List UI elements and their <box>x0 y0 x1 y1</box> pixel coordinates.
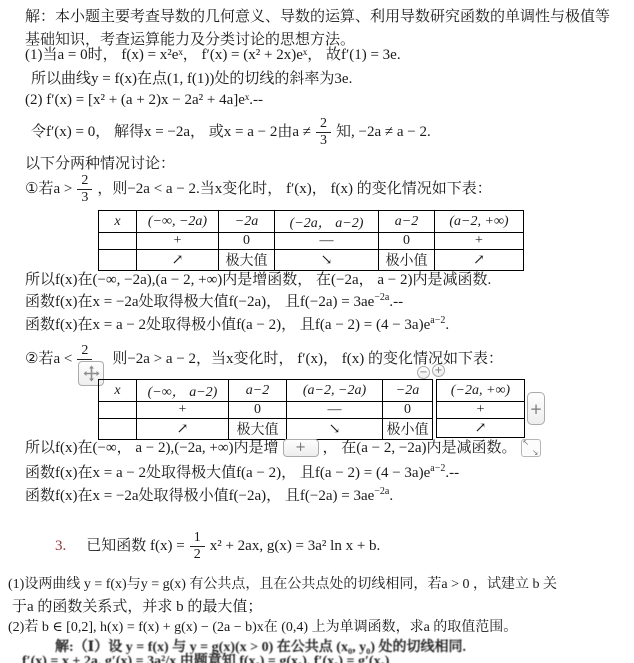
table-cell: ↗ <box>137 419 229 440</box>
case1-min-line: 函数f(x)在x = a − 2处取得极小值f(a − 2)， 且f(a − 2… <box>25 316 449 335</box>
stem-pre: 已知函数 f(x) = <box>86 537 184 556</box>
exponent: a−2 <box>430 315 445 326</box>
case1-conclusion-line: 所以f(x)在(−∞, −2a),(a − 2, +∞)内是增函数， 在(−2a… <box>25 271 491 290</box>
problem3-solution-line2: f′(x) = x + 2a, g′(x) = 3a²/x 由题意知 f(x₀)… <box>22 653 389 663</box>
table-cell: (a−2, +∞) <box>435 211 524 233</box>
table-cell <box>99 419 137 440</box>
plus-icon: + <box>434 365 442 376</box>
case2-pre: ②若a < <box>25 350 72 369</box>
case1-post: ，则−2a < a − 2.当x变化时， f′(x)， f(x) 的变化情况如下… <box>97 180 491 199</box>
problem3-stem-line: 3. 已知函数 f(x) = 1 2 x² + 2ax, g(x) = 3a² … <box>55 526 380 566</box>
max-text: 函数f(x)在x = a − 2处取得极大值f(a − 2)， 且f(a − 2… <box>25 465 430 481</box>
table-cell: −2a <box>383 380 433 402</box>
document-page: 解：本小题主要考查导数的几何意义、导数的运算、利用导数研究函数的单调性与极值等基… <box>0 0 634 663</box>
table-cell: a−2 <box>229 380 287 402</box>
table-cell: (−∞, −2a) <box>137 211 219 233</box>
tangent-slope-line: 所以曲线y = f(x)在点(1, f(1))处的切线的斜率为3e. <box>31 70 352 89</box>
max-tail: .-- <box>445 465 459 481</box>
table-cell: 0 <box>383 402 433 419</box>
table-cell: ↘ <box>287 419 383 440</box>
table-cell: + <box>137 402 229 419</box>
move-icon <box>83 365 100 382</box>
table-cell: — <box>275 233 379 250</box>
table-cell: + <box>137 233 219 250</box>
fraction-one-half: 1 2 <box>190 530 205 562</box>
fraction-two-thirds: 2 3 <box>316 116 331 148</box>
case1-line: ①若a > 2 3 ，则−2a < a − 2.当x变化时， f′(x)， f(… <box>25 168 492 210</box>
zoom-in-button[interactable]: + <box>432 364 445 377</box>
problem3-q1-line2: 于a 的函数关系式，并求 b 的最大值； <box>12 598 262 617</box>
case2-max-line: 函数f(x)在x = a − 2处取得极大值f(a − 2)， 且f(a − 2… <box>25 464 459 483</box>
max-tail: .-- <box>389 294 403 310</box>
table-cell: 极大值 <box>229 419 287 440</box>
table-cell: 极大值 <box>219 250 275 271</box>
table-cell <box>99 250 137 271</box>
monotonicity-table-1: x (−∞, −2a) −2a (−2a， a−2) a−2 (a−2, +∞)… <box>98 210 524 271</box>
table-cell <box>99 402 137 419</box>
min-tail: . <box>445 317 449 333</box>
table-cell <box>99 233 137 250</box>
table-cell: ↗ <box>137 250 219 271</box>
min-text: 函数f(x)在x = −2a处取得极小值f(−2a)， 且f(−2a) = 3a… <box>25 488 374 504</box>
plus-icon: + <box>530 400 543 418</box>
table-cell: + <box>437 402 525 419</box>
table-cell: 0 <box>219 233 275 250</box>
solve-equation-line: 令f′(x) = 0， 解得x = −2a， 或x = a − 2由a ≠ 2 … <box>31 112 431 152</box>
arrow-nw-icon: ↖ <box>523 438 530 448</box>
exponent: −2a <box>374 486 389 497</box>
table-cell: ↗ <box>435 250 524 271</box>
min-tail: . <box>389 488 393 504</box>
table-cell: ↘ <box>275 250 379 271</box>
table-cell: (a−2, −2a) <box>287 380 383 402</box>
monotonicity-table-2: x (−∞， a−2) a−2 (a−2, −2a) −2a + 0 — 0 ↗… <box>98 379 433 440</box>
max-text: 函数f(x)在x = −2a处取得极大值f(−2a)， 且f(−2a) = 3a… <box>25 294 374 310</box>
table-cell: + <box>435 233 524 250</box>
table-cell: 0 <box>229 402 287 419</box>
resize-handle[interactable]: ↖ ↘ <box>521 439 541 457</box>
plus-icon: + <box>295 440 306 456</box>
table-cell: −2a <box>219 211 275 233</box>
table-cell: 极小值 <box>379 250 435 271</box>
table-cell: ↗ <box>437 419 525 438</box>
table-cell: (−∞， a−2) <box>137 380 229 402</box>
problem3-q1-line1: (1)设两曲线 y = f(x)与y = g(x) 有公共点，且在公共点处的切线… <box>8 576 557 594</box>
stem-post: x² + 2ax, g(x) = 3a² ln x + b. <box>210 537 381 556</box>
case1-pre: ①若a > <box>25 180 72 199</box>
zoom-out-button[interactable]: − <box>417 366 430 379</box>
arrow-se-icon: ↘ <box>532 448 539 458</box>
exponent: −2a <box>374 292 389 303</box>
problem3-q2-line: (2)若 b ∈ [0,2], h(x) = f(x) + g(x) − (2a… <box>8 619 517 637</box>
table-cell: x <box>99 211 137 233</box>
table-cell: (−2a， a−2) <box>275 211 379 233</box>
step2-derivative-line: (2) f′(x) = [x² + (a + 2)x − 2a² + 4a]eˣ… <box>25 91 263 110</box>
problem-number: 3. <box>55 537 66 556</box>
step1-line: (1)当a = 0时， f(x) = x²eˣ， f′(x) = (x² + 2… <box>25 46 401 65</box>
case1-max-line: 函数f(x)在x = −2a处取得极大值f(−2a)， 且f(−2a) = 3a… <box>25 293 403 312</box>
table-cell: — <box>287 402 383 419</box>
table-cell: a−2 <box>379 211 435 233</box>
table-cell: 0 <box>379 233 435 250</box>
fraction-two-thirds: 2 3 <box>77 173 92 205</box>
min-text: 函数f(x)在x = a − 2处取得极小值f(a − 2)， 且f(a − 2… <box>25 317 430 333</box>
solve-post: 知, −2a ≠ a − 2. <box>336 123 431 142</box>
conclusion-pre: 所以f(x)在(−∞， a − 2),(−2a, +∞)内是增 <box>25 439 279 458</box>
exponent: a−2 <box>430 463 445 474</box>
table-cell: x <box>99 380 137 402</box>
case2-min-line: 函数f(x)在x = −2a处取得极小值f(−2a)， 且f(−2a) = 3a… <box>25 487 393 506</box>
minus-icon: − <box>419 367 427 378</box>
table-cell: (−2a, +∞) <box>437 380 525 402</box>
monotonicity-table-2-last-column[interactable]: (−2a, +∞) + ↗ <box>436 379 525 438</box>
insert-column-button[interactable]: + <box>527 392 545 425</box>
case2-conclusion-line: 所以f(x)在(−∞， a − 2),(−2a, +∞)内是增 + ， 在(a … <box>25 438 541 458</box>
conclusion-post: ， 在(a − 2, −2a)内是减函数。 <box>323 439 517 458</box>
table-cell: 极小值 <box>383 419 433 440</box>
solve-pre: 令f′(x) = 0， 解得x = −2a， 或x = a − 2由a ≠ <box>31 123 311 142</box>
inline-plus-button[interactable]: + <box>283 439 319 457</box>
